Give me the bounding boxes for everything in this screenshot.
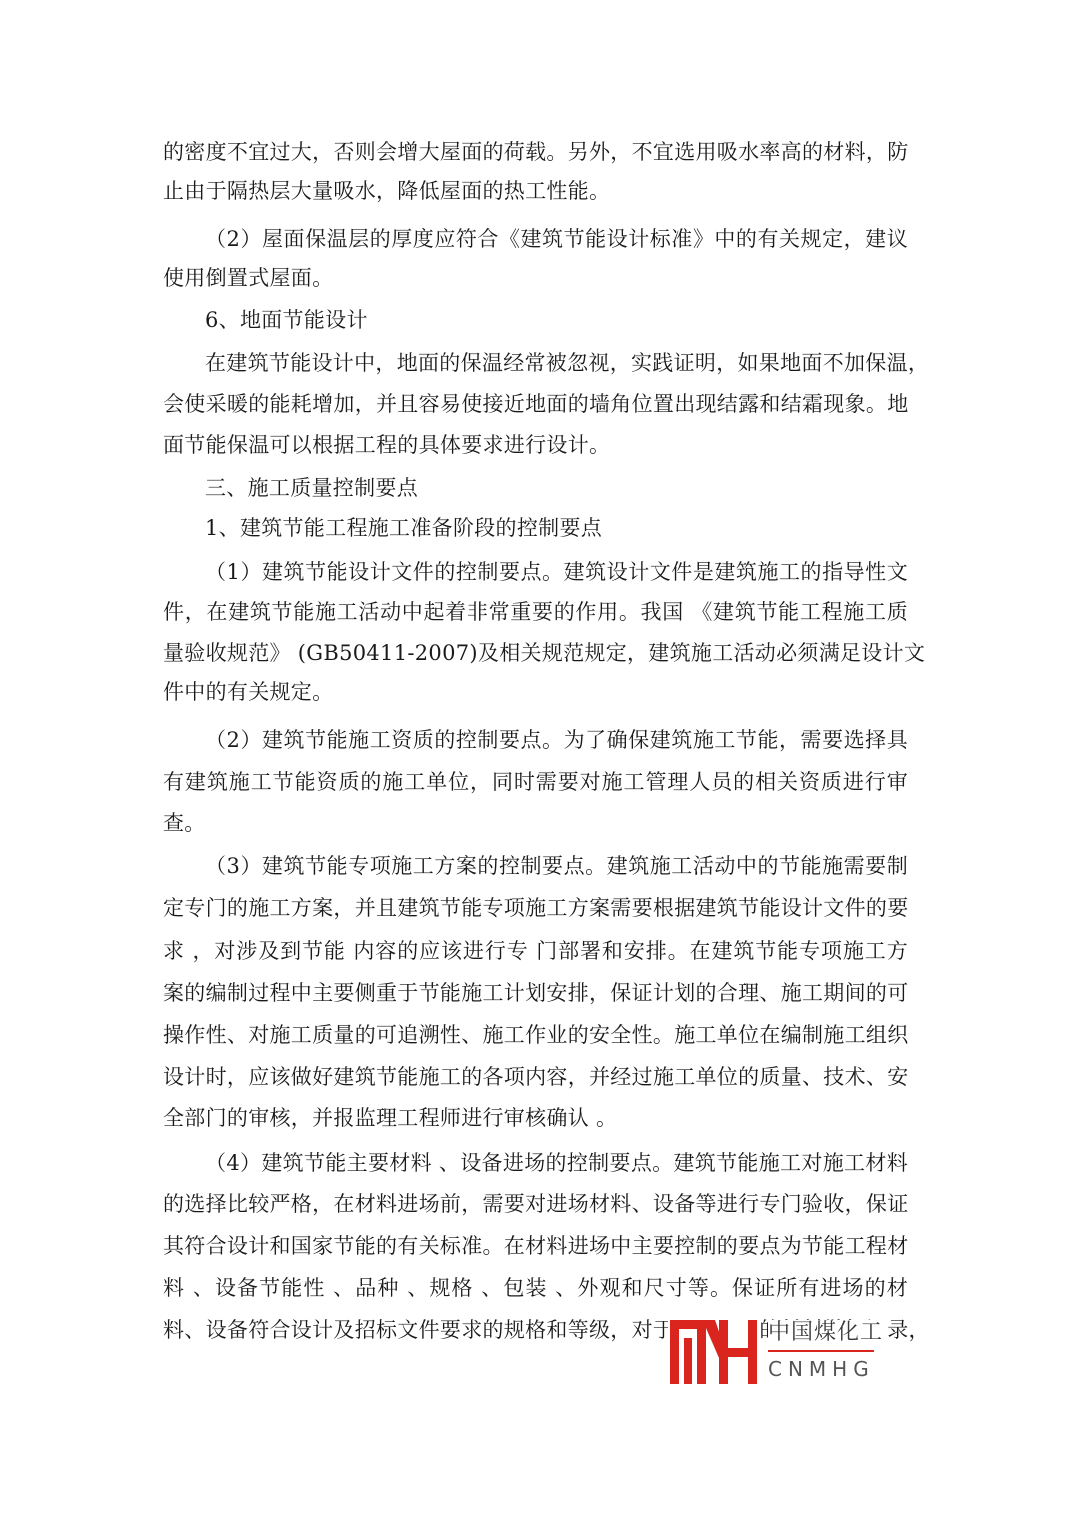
- text-line: 面节能保温可以根据工程的具体要求进行设计。: [163, 430, 908, 460]
- text-line: 定专门的施工方案，并且建筑节能专项施工方案需要根据建筑节能设计文件的要: [163, 893, 908, 923]
- text-line: 案的编制过程中主要侧重于节能施工计划安排，保证计划的合理、施工期间的可: [163, 978, 908, 1008]
- watermark-divider: [768, 1350, 874, 1352]
- text-line: （2）屋面保温层的厚度应符合《建筑节能设计标准》中的有关规定，建议: [205, 224, 908, 254]
- text-line: 在建筑节能设计中，地面的保温经常被忽视，实践证明，如果地面不加保温，: [205, 348, 908, 378]
- text-line: 止由于隔热层大量吸水，降低屋面的热工性能。: [163, 176, 908, 206]
- watermark-en-name: CNMHG: [768, 1356, 875, 1382]
- watermark-cn-name: 中国煤化工: [768, 1320, 887, 1346]
- document-page: 的密度不宜过大，否则会增大屋面的荷载。另外，不宜选用吸水率高的材料，防 止由于隔…: [0, 0, 1072, 1516]
- text-line: 操作性、对施工质量的可追溯性、施工作业的安全性。施工单位在编制施工组织: [163, 1020, 908, 1050]
- text-line: （4）建筑节能主要材料 、设备进场的控制要点。建筑节能施工对施工材料: [205, 1148, 908, 1178]
- text-line: （2）建筑节能施工资质的控制要点。为了确保建筑施工节能，需要选择具: [205, 725, 908, 755]
- text-line: 料 、设备节能性 、品种 、规格 、包装 、外观和尺寸等。保证所有进场的材: [163, 1273, 908, 1303]
- text-line: （1）建筑节能设计文件的控制要点。建筑设计文件是建筑施工的指导性文: [205, 557, 908, 587]
- text-line: 的选择比较严格，在材料进场前，需要对进场材料、设备等进行专门验收，保证: [163, 1189, 908, 1219]
- text-line: 查。: [163, 808, 908, 838]
- text-line: 求 ，对涉及到节能 内容的应该进行专 门部署和安排。在建筑节能专项施工方: [163, 936, 908, 966]
- watermark-logo: 中国煤化工 CNMHG: [668, 1318, 888, 1388]
- section-heading: 三、施工质量控制要点: [205, 473, 908, 503]
- text-line: 其符合设计和国家节能的有关标准。在材料进场中主要控制的要点为节能工程材: [163, 1231, 908, 1261]
- text-line: 有建筑施工节能资质的施工单位，同时需要对施工管理人员的相关资质进行审: [163, 767, 908, 797]
- text-line: 件，在建筑节能施工活动中起着非常重要的作用。我国 《建筑节能工程施工质: [163, 597, 908, 627]
- text-line: 使用倒置式屋面。: [163, 263, 908, 293]
- text-line: 会使采暖的能耗增加，并且容易使接近地面的墙角位置出现结露和结霜现象。地: [163, 389, 908, 419]
- text-line: 件中的有关规定。: [163, 677, 908, 707]
- text-line: 的密度不宜过大，否则会增大屋面的荷载。另外，不宜选用吸水率高的材料，防: [163, 137, 908, 167]
- subsection-heading: 1、建筑节能工程施工准备阶段的控制要点: [205, 513, 908, 543]
- text-line: 全部门的审核，并报监理工程师进行审核确认 。: [163, 1103, 908, 1133]
- text-line: 量验收规范》 (GB50411-2007)及相关规范规定，建筑施工活动必须满足设…: [163, 638, 908, 668]
- text-line: 设计时，应该做好建筑节能施工的各项内容，并经过施工单位的质量、技术、安: [163, 1062, 908, 1092]
- text-line: （3）建筑节能专项施工方案的控制要点。建筑施工活动中的节能施需要制: [205, 851, 908, 881]
- section-heading: 6、地面节能设计: [205, 305, 908, 335]
- cnmhg-logo-icon: [668, 1318, 760, 1386]
